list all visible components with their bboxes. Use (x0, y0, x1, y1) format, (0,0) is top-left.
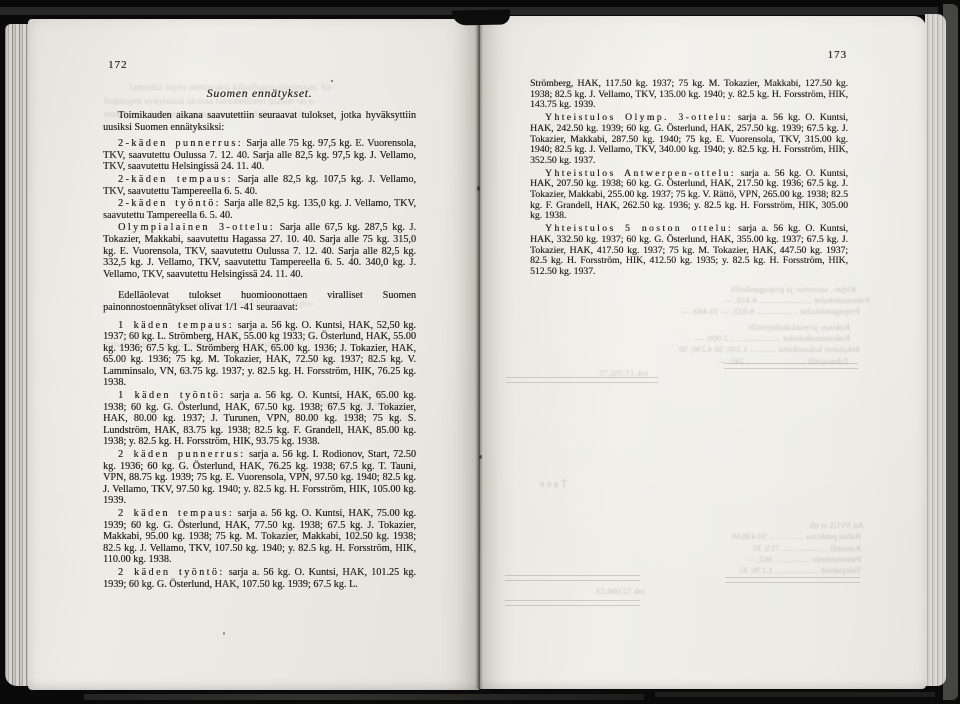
paragraph-body: Toimikauden aikana saavutettiin seuraava… (103, 110, 416, 133)
page-left: 172 tamiehiä myös otettavaksi kilpailuje… (28, 19, 479, 690)
bleedthrough-line: Propagandakulut ................... 6.02… (508, 306, 860, 316)
paragraph-heading: Yhteistulos 5 noston ottelu: (545, 223, 733, 234)
paragraph-heading: 1 käden tempaus: (118, 320, 234, 331)
paragraph-2-kaden-punnerrus-records: 2 käden punnerrus: sarja a. 56 kg. I. Ro… (103, 449, 416, 507)
paragraph-2-kaden-punnerrus: 2-käden punnerrus: Sarja alle 75 kg. 97,… (103, 138, 416, 173)
scan-speck (479, 455, 482, 459)
bleedthrough-line: Kokousmatkakulut .......................… (520, 333, 850, 343)
paragraph-intro: Toimikauden aikana saavutettiin seuraava… (103, 110, 416, 133)
book-gutter-shadow (475, 16, 483, 689)
bleedthrough-line: Painotuotekulut ........................… (540, 295, 870, 305)
paragraph-heading: 1 käden työntö: (118, 390, 225, 401)
book-cover-bottom-edge-right (655, 692, 935, 697)
paragraph-transition: Edelläolevat tulokset huomioonottaen vir… (103, 290, 416, 313)
paragraph-heading: 2 käden työntö: (118, 567, 225, 578)
bleedthrough-line: Sekalaiset kokouskulut ............ 1.33… (508, 344, 860, 354)
paragraph-heading: 2-käden työntö: (118, 198, 221, 209)
paragraph-2-kaden-tyonto-records: 2 käden työntö: sarja a. 56 kg. O. Kunts… (103, 567, 416, 590)
paragraph-heading: 2 käden tempaus: (118, 508, 234, 519)
left-text-column: Toimikauden aikana saavutettiin seuraava… (103, 110, 416, 591)
paragraph-yhteistulos-olymp: Yhteistulos Olymp. 3-ottelu: sarja a. 56… (530, 113, 848, 167)
bleedthrough-rule (505, 600, 640, 606)
paragraph-2-kaden-tempaus-records: 2 käden tempaus: sarja a. 56 kg. O. Kunt… (103, 508, 416, 566)
page-number-left: 172 (108, 59, 128, 71)
open-book-scan: 172 tamiehiä myös otettavaksi kilpailuje… (0, 0, 960, 704)
bleedthrough-line: Kokous- ja matkakulujentilli (560, 322, 850, 332)
bleedthrough-line: Painotuotteita ................ 862; — (505, 554, 861, 564)
bleedthrough-line: An SVUL:n tili (744, 520, 864, 530)
right-page-edge-stack (925, 14, 946, 686)
right-text-column: Strömberg, HAK, 117.50 kg. 1937; 75 kg. … (530, 79, 848, 280)
bleedthrough-line: Tase (507, 479, 567, 490)
bleedthrough-line: Tulojäämiä .................... 1.178; 3… (505, 565, 861, 575)
paragraph-continuation: Strömberg, HAK, 117.50 kg. 1937; 75 kg. … (530, 79, 848, 111)
scan-speck (477, 186, 480, 191)
page-right: 173 Strömberg, HAK, 117.50 kg. 1937; 75 … (479, 16, 926, 689)
paragraph-heading: Yhteistulos Antwerpen-ottelu: (545, 168, 736, 179)
bleedthrough-line: mk 52.000,53 (505, 586, 645, 596)
paragraph-heading: Olympialainen 3-ottelu: (118, 222, 275, 233)
bleedthrough-line: Kirjat-, saavutus- ja propagandatilli (556, 284, 856, 294)
bleedthrough-rule (724, 363, 858, 369)
page-title: Suomen ennätykset. (103, 86, 416, 101)
page-number-right: 173 (787, 49, 847, 61)
scan-speck (223, 632, 225, 635)
bleedthrough-line: Kassatili ..................... 713; 35 (505, 543, 861, 553)
paragraph-heading: 2-käden tempaus: (118, 174, 233, 185)
paragraph-1-kaden-tyonto: 1 käden työntö: sarja a. 56 kg. O. Kunts… (103, 390, 416, 448)
paragraph-heading: 2-käden punnerrus: (118, 138, 243, 149)
gutter-top-notch (452, 9, 510, 25)
paragraph-yhteistulos-antwerpen: Yhteistulos Antwerpen-ottelu: sarja a. 5… (530, 169, 848, 223)
bleedthrough-line: Rahaa pankissa ................ 50.438,6… (505, 531, 861, 541)
paragraph-olympialainen-3-ottelu: Olympialainen 3-ottelu: Sarja alle 67,5 … (103, 222, 416, 280)
bleedthrough-rule (505, 575, 640, 581)
scan-speck (331, 80, 333, 82)
paragraph-yhteistulos-5-noston: Yhteistulos 5 noston ottelu: sarja a. 56… (530, 224, 848, 278)
paragraph-2-kaden-tyonto: 2-käden työntö: Sarja alle 82,5 kg. 135,… (103, 198, 416, 221)
paragraph-body: Strömberg, HAK, 117.50 kg. 1937; 75 kg. … (530, 78, 848, 110)
paragraph-heading: Yhteistulos Olymp. 3-ottelu: (545, 112, 733, 123)
paragraph-body: Edelläolevat tulokset huomioonottaen vir… (103, 290, 416, 313)
paragraph-2-kaden-tempaus: 2-käden tempaus: Sarja alle 82,5 kg. 107… (103, 174, 416, 197)
left-page-edge-stack (5, 24, 30, 686)
bleedthrough-rule (506, 377, 658, 383)
paragraph-heading: 2 käden punnerrus: (118, 449, 245, 460)
bleedthrough-rule (725, 577, 860, 583)
book-cover-bottom-edge (84, 694, 644, 700)
paragraph-1-kaden-tempaus: 1 käden tempaus: sarja a. 56 kg. O. Kunt… (103, 320, 416, 390)
